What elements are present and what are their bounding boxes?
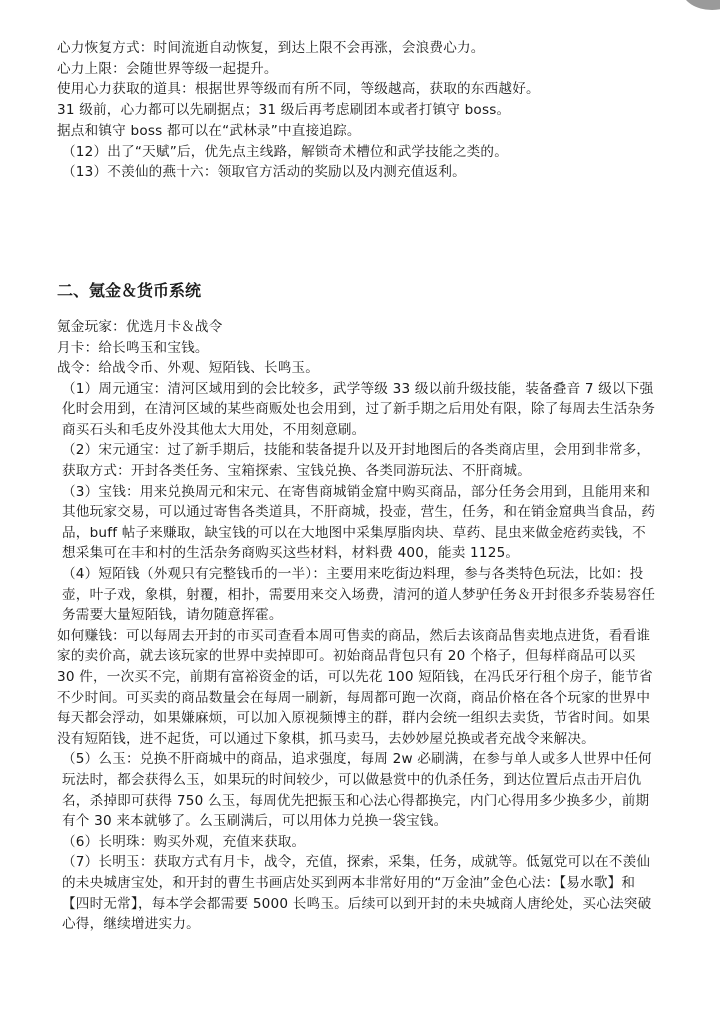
list-item: （1）周元通宝：清河区域用到的会比较多，武学等级 33 级以前升级技能，装备叠音…: [57, 379, 657, 441]
intro-block: 心力恢复方式：时间流逝自动恢复，到达上限不会再涨，会浪费心力。 心力上限：会随世…: [57, 38, 657, 183]
list-item: （13）不羡仙的燕十六：领取官方活动的奖励以及内测充值返利。: [57, 162, 657, 183]
list-item: （5）么玉：兑换不肝商城中的商品，追求强度，每周 2w 必刷满，在参与单人或多人…: [57, 749, 657, 831]
paragraph: 心力恢复方式：时间流逝自动恢复，到达上限不会再涨，会浪费心力。: [57, 38, 657, 59]
paragraph: 如何赚钱：可以每周去开封的市买司查看本周可售卖的商品，然后去该商品售卖地点进货，…: [57, 626, 657, 750]
paragraph: 氪金玩家：优选月卡＆战令: [57, 317, 657, 338]
paragraph: 使用心力获取的道具：根据世界等级而有所不同，等级越高，获取的东西越好。: [57, 79, 657, 100]
paragraph: 战令：给战令币、外观、短陌钱、长鸣玉。: [57, 358, 657, 379]
list-item: （12）出了“天赋”后，优先点主线路，解锁奇术槽位和武学技能之类的。: [57, 142, 657, 163]
list-item: （4）短陌钱（外观只有完整钱币的一半）：主要用来吃街边料理，参与各类特色玩法，比…: [57, 564, 657, 626]
section-body: 氪金玩家：优选月卡＆战令 月卡：给长鸣玉和宝钱。 战令：给战令币、外观、短陌钱、…: [57, 317, 657, 935]
paragraph: 月卡：给长鸣玉和宝钱。: [57, 338, 657, 359]
scroll-indicator: [682, 0, 720, 10]
list-item: （3）宝钱：用来兑换周元和宋元、在寄售商城销金窟中购买商品，部分任务会用到，且能…: [57, 482, 657, 564]
list-item: （7）长明玉：获取方式有月卡，战令，充值，探索，采集，任务，成就等。低氪党可以在…: [57, 852, 657, 934]
section-heading: 二、氪金＆货币系统: [57, 279, 657, 303]
list-item: （6）长明珠：购买外观，充值来获取。: [57, 832, 657, 853]
document-page: 心力恢复方式：时间流逝自动恢复，到达上限不会再涨，会浪费心力。 心力上限：会随世…: [57, 38, 657, 935]
paragraph: 31 级前，心力都可以先刷据点；31 级后再考虑刷团本或者打镇守 boss。: [57, 100, 657, 121]
list-item: （2）宋元通宝：过了新手期后，技能和装备提升以及开封地图后的各类商店里，会用到非…: [57, 440, 657, 481]
paragraph: 据点和镇守 boss 都可以在“武林录”中直接追踪。: [57, 121, 657, 142]
paragraph: 心力上限：会随世界等级一起提升。: [57, 59, 657, 80]
